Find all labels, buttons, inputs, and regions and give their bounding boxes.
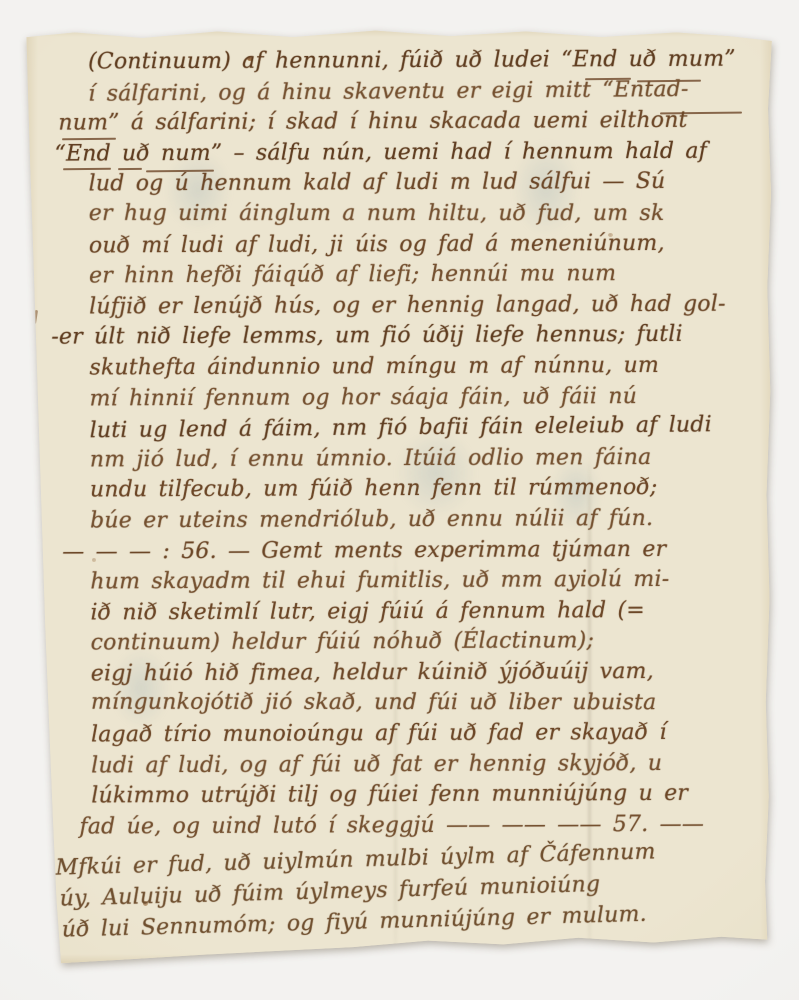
handwriting-line: míngunkojótið jió skað, und fúi uð liber… bbox=[91, 688, 765, 719]
handwriting-line: ið nið sketimlí lutr, eigj fúiú á fennum… bbox=[90, 595, 764, 629]
handwriting-line: lúkimmo utrújði tilj og fúiei fenn munni… bbox=[91, 779, 765, 813]
handwriting-line: í sálfarini, og á hinu skaventu er eigi … bbox=[88, 74, 762, 110]
handwriting-line: eigj húió hið fimea, heldur kúinið ýjóðu… bbox=[91, 656, 765, 690]
handwriting-line: lúfjið er lenújð hús, og er hennig langa… bbox=[89, 289, 763, 323]
handwriting-line: ludi af ludi, og af fúi uð fat er hennig… bbox=[91, 748, 765, 782]
handwriting-line: nm jió lud, í ennu úmnio. Itúiá odlio me… bbox=[90, 442, 764, 476]
handwriting-line: hum skayadm til ehui fumitlis, uð mm ayi… bbox=[90, 565, 764, 599]
handwriting-line: undu tilfecub, um fúið henn fenn til rúm… bbox=[90, 473, 764, 507]
handwriting-line: er hinn hefði fáiqúð af liefi; hennúi mu… bbox=[89, 259, 763, 293]
margin-ink-tick bbox=[33, 310, 38, 324]
handwriting-line: -er últ nið liefe lemms, um fió úðij lie… bbox=[51, 320, 763, 354]
handwriting-line: skuthefta áindunnio und míngu m af núnnu… bbox=[89, 350, 763, 384]
handwriting-line: continuum) heldur fúiú nóhuð (Élactinum)… bbox=[91, 626, 765, 660]
handwriting-line: mí hinnií fennum og hor sáaja fáin, uð f… bbox=[90, 381, 764, 415]
handwriting-line: ouð mí ludi af ludi, ji úis og fad á men… bbox=[89, 228, 763, 262]
handwriting-line: num” á sálfarini; í skad í hinu skacada … bbox=[58, 106, 762, 140]
handwriting-line: “End uð num” – sálfu nún, uemi had í hen… bbox=[54, 136, 762, 170]
manuscript-paper: (Continuum) af hennunni, fúið uð ludei “… bbox=[22, 24, 774, 966]
handwriting-line: (Continuum) af hennunni, fúið uð ludei “… bbox=[88, 45, 762, 79]
handwriting-line: búe er uteins mendriólub, uð ennu núlii … bbox=[90, 503, 764, 537]
handwriting-line: luti ug lend á fáim, nm fió bafii fáin e… bbox=[90, 410, 764, 447]
handwriting-line: lagað tírio munoioúngu af fúi uð fad er … bbox=[91, 718, 765, 752]
handwriting-line: lud og ú hennum kald af ludi m lud sálfu… bbox=[89, 167, 763, 201]
handwriting-line: — — — : 56. — Gemt ments experimma tjúma… bbox=[62, 534, 764, 568]
scan-background: (Continuum) af hennunni, fúið uð ludei “… bbox=[0, 0, 799, 1000]
manuscript-paper-shadow: (Continuum) af hennunni, fúið uð ludei “… bbox=[22, 24, 774, 966]
handwriting-line: er hug uimi áinglum a num hiltu, uð fud,… bbox=[89, 199, 763, 230]
handwriting-block: (Continuum) af hennunni, fúið uð ludei “… bbox=[80, 45, 766, 946]
